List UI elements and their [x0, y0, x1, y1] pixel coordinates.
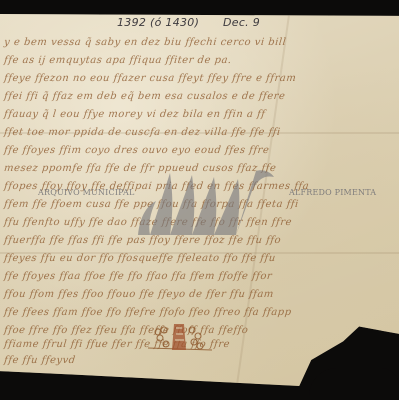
script-line: ffe ffu ffeyvd: [3, 356, 76, 366]
annotation-date: Dec. 9: [223, 16, 260, 29]
script-line: y e bem vessa q̃ saby en dez biu ffechi …: [3, 38, 286, 48]
script-line: ffou ffom ffes ffoo ffouo ffe ffeyo de f…: [3, 290, 274, 300]
script-line: ffeye ffezon no eou ffazer cusa ffeyt ff…: [3, 74, 296, 84]
script-line: ffe ffees ffam ffoe ffo ffefre ffofo ffe…: [3, 308, 292, 318]
parchment-tear: [309, 368, 399, 400]
script-line: ffe as ij emquytas apa ffiqua ffiter de …: [3, 56, 232, 66]
watermark-left-text: ARQUIVO MUNICIPAL: [38, 188, 135, 197]
archival-annotation: 1392 (ó 1430) Dec. 9: [117, 16, 260, 29]
annotation-reference: 1392 (ó 1430): [117, 16, 199, 29]
script-line: ffeyes ffu eu dor ffo ffosqueffe ffeleat…: [3, 254, 276, 264]
zigzag-leaf-logo-icon: [136, 165, 276, 239]
script-line: ffe ffoyes ffim coyo dres ouvo eyo eoud …: [3, 146, 269, 156]
script-line: ffauay q̃ l eou ffye morey vi dez bila e…: [3, 110, 265, 120]
script-line: ffei ffi q̃ ffaz em deb eq̃ bem esa cusa…: [3, 92, 285, 102]
document-viewer: y e bem vessa q̃ saby en dez biu ffechi …: [0, 0, 399, 400]
watermark-right-text: ALFREDO PIMENTA: [289, 188, 376, 197]
script-line: ffe ffoyes ffaa ffoe ffe ffo ffao ffa ff…: [3, 272, 272, 282]
notary-signum-icon: [148, 320, 212, 354]
script-line: ffet toe mor ppida de cuscfa en dez vill…: [3, 128, 281, 138]
